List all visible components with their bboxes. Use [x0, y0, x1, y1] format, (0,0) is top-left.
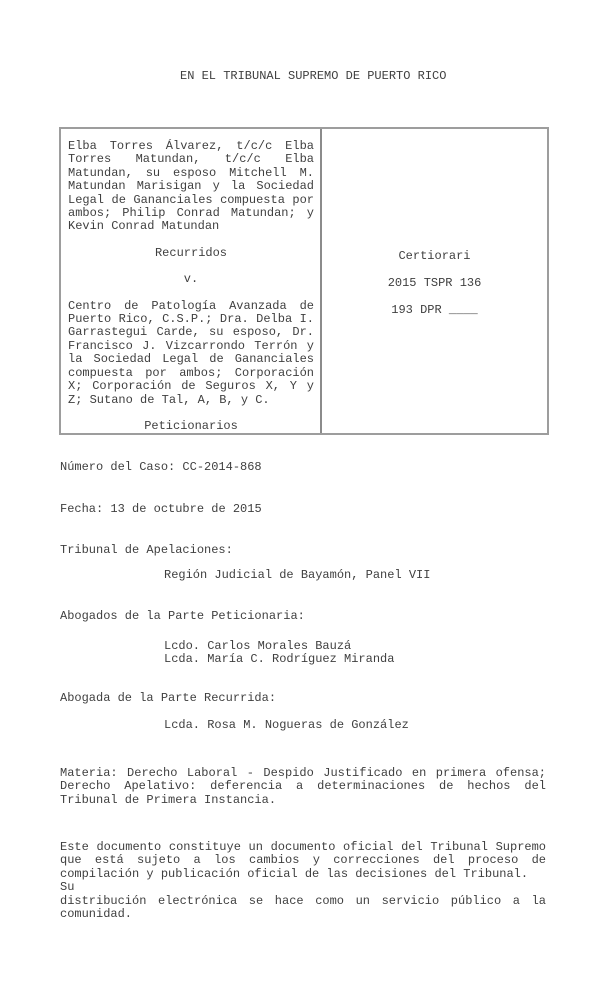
- respondent-counsel-label: Abogada de la Parte Recurrida:: [60, 692, 276, 705]
- date-line: Fecha: 13 de octubre de 2015: [60, 503, 262, 516]
- text-line: compilación y publicación oficial de las…: [60, 868, 546, 895]
- case-number-value: CC-2014-868: [182, 460, 261, 474]
- text-line: Elba Torres Álvarez, t/c/c Elba: [68, 140, 314, 153]
- parties-cell: Elba Torres Álvarez, t/c/c ElbaTorres Ma…: [61, 129, 322, 433]
- text-line: Lcda. Rosa M. Nogueras de González: [164, 719, 409, 732]
- text-line: X; Corporación de Seguros X, Y y: [68, 380, 314, 393]
- respondent-counsel-list: Lcda. Rosa M. Nogueras de González: [164, 719, 409, 732]
- tspr-citation: 2015 TSPR 136: [322, 277, 547, 290]
- appeals-court-value: Región Judicial de Bayamón, Panel VII: [164, 569, 430, 582]
- text-line: Lcda. María C. Rodríguez Miranda: [164, 653, 394, 666]
- petitioners-names: Centro de Patología Avanzada dePuerto Ri…: [68, 300, 314, 407]
- text-line: distribución electrónica se hace como un…: [60, 895, 546, 908]
- petitioner-counsel-list: Lcdo. Carlos Morales BauzáLcda. María C.…: [164, 640, 394, 667]
- case-number-line: Número del Caso: CC-2014-868: [60, 461, 262, 474]
- text-line: comunidad.: [60, 908, 546, 921]
- dpr-citation: 193 DPR ____: [322, 304, 547, 317]
- text-line: Torres Matundan, t/c/c Elba: [68, 153, 314, 166]
- text-line: la Sociedad Legal de Gananciales: [68, 353, 314, 366]
- text-line: Derecho Apelativo: deferencia a determin…: [60, 780, 546, 793]
- document-page: EN EL TRIBUNAL SUPREMO DE PUERTO RICO El…: [0, 0, 603, 994]
- official-document-disclaimer: Este documento constituye un documento o…: [60, 841, 546, 921]
- text-line: Tribunal de Primera Instancia.: [60, 794, 546, 807]
- text-line: Legal de Gananciales compuesta por: [68, 194, 314, 207]
- text-line: Este documento constituye un documento o…: [60, 841, 546, 854]
- date-value: 13 de octubre de 2015: [110, 502, 261, 516]
- case-caption-box: Elba Torres Álvarez, t/c/c ElbaTorres Ma…: [59, 127, 549, 435]
- respondents-role-label: Recurridos: [68, 247, 314, 260]
- text-line: Matundan Marisigan y la Sociedad: [68, 180, 314, 193]
- document-title: EN EL TRIBUNAL SUPREMO DE PUERTO RICO: [180, 70, 446, 83]
- appeals-court-label: Tribunal de Apelaciones:: [60, 544, 233, 557]
- date-label: Fecha:: [60, 502, 103, 516]
- citation-cell: Certiorari 2015 TSPR 136 193 DPR ____: [322, 129, 547, 433]
- text-line: Materia: Derecho Laboral - Despido Justi…: [60, 767, 546, 780]
- writ-type-label: Certiorari: [322, 250, 547, 263]
- case-number-label: Número del Caso:: [60, 460, 175, 474]
- text-line: Francisco J. Vizcarrondo Terrón y: [68, 340, 314, 353]
- text-line: Z; Sutano de Tal, A, B, y C.: [68, 394, 314, 407]
- text-line: Garrastegui Carde, su esposo, Dr.: [68, 326, 314, 339]
- text-line: Lcdo. Carlos Morales Bauzá: [164, 640, 394, 653]
- petitioner-counsel-label: Abogados de la Parte Peticionaria:: [60, 610, 305, 623]
- text-line: que está sujeto a los cambios y correcci…: [60, 854, 546, 867]
- respondents-names: Elba Torres Álvarez, t/c/c ElbaTorres Ma…: [68, 140, 314, 234]
- text-line: Puerto Rico, C.S.P.; Dra. Delba I.: [68, 313, 314, 326]
- text-line: Centro de Patología Avanzada de: [68, 300, 314, 313]
- versus-label: v.: [68, 273, 314, 286]
- text-line: Kevin Conrad Matundan: [68, 220, 314, 233]
- text-line: Matundan, su esposo Mitchell M.: [68, 167, 314, 180]
- petitioners-role-label: Peticionarios: [68, 420, 314, 433]
- materia-paragraph: Materia: Derecho Laboral - Despido Justi…: [60, 767, 546, 807]
- text-line: ambos; Philip Conrad Matundan; y: [68, 207, 314, 220]
- text-line: compuesta por ambos; Corporación: [68, 367, 314, 380]
